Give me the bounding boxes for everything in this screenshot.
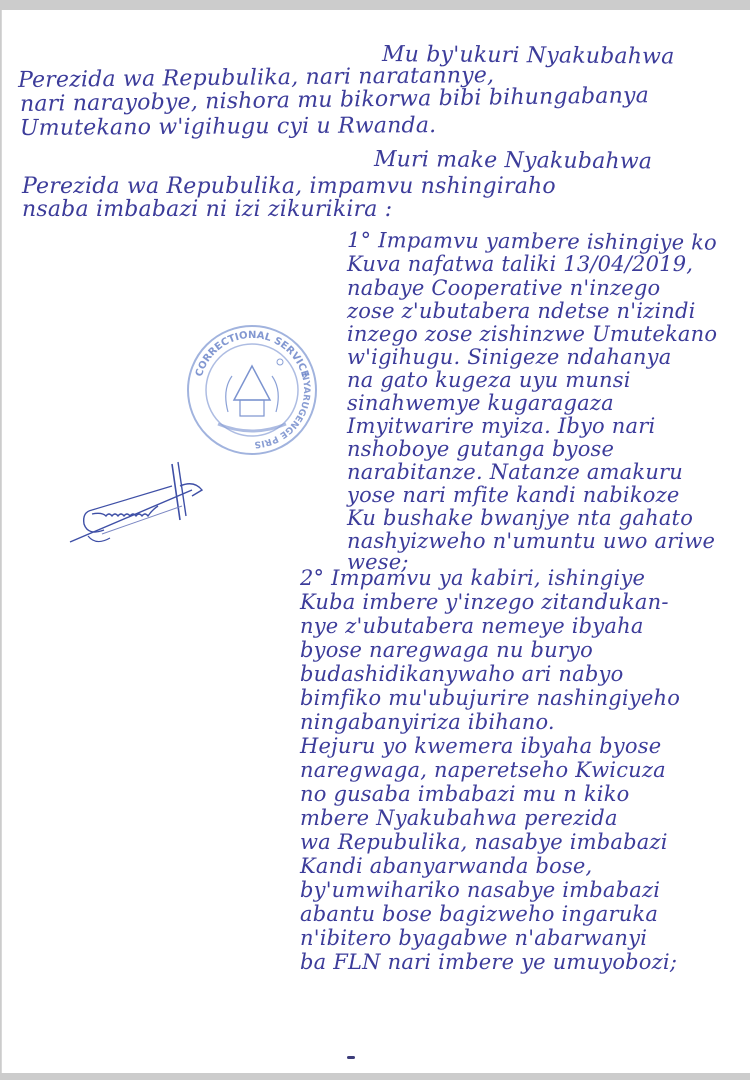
- point-2-line: Kuba imbere y'inzego zitandukan-: [300, 590, 669, 614]
- prison-seal-icon: CORRECTIONAL SERVICE NYARUGENGE PRISON: [182, 320, 322, 460]
- point-1-line: sinahwemye kugaragaza: [347, 391, 614, 415]
- intro2-line-1: Perezida wa Repubulika, impamvu nshingir…: [22, 174, 556, 199]
- point-1-line: Imyitwarire myiza. Ibyo nari: [347, 414, 655, 438]
- salutation-2: Muri make Nyakubahwa: [374, 147, 652, 174]
- ink-mark: [347, 1056, 355, 1059]
- point-2-line: abantu bose bagizweho ingaruka: [300, 902, 658, 926]
- point-2-line: ba FLN nari imbere ye umuyobozi;: [300, 950, 677, 974]
- point-2-line: Hejuru yo kwemera ibyaha byose: [300, 734, 661, 758]
- point-2-line: byose naregwaga nu buryo: [300, 638, 593, 662]
- point-1-line: nabaye Cooperative n'inzego: [347, 276, 660, 300]
- letter-page: Mu by'ukuri Nyakubahwa Perezida wa Repub…: [1, 10, 750, 1073]
- point-2-line: bimfiko mu'ubujurire nashingiyeho: [300, 686, 680, 710]
- point-1-line: Ku bushake bwanjye nta gahato: [347, 506, 693, 530]
- point-1-line: na gato kugeza uyu munsi: [347, 368, 631, 392]
- point-1-line: nshoboye gutanga byose: [347, 437, 614, 461]
- point-1-line: zose z'ubutabera ndetse n'izindi: [347, 299, 696, 323]
- point-1-line: yose nari mfite kandi nabikoze: [347, 483, 679, 507]
- point-2-line: naregwaga, naperetseho Kwicuza: [300, 758, 666, 782]
- point-2-line: mbere Nyakubahwa perezida: [300, 806, 618, 830]
- official-stamp: CORRECTIONAL SERVICE NYARUGENGE PRISON: [182, 320, 322, 460]
- point-2-line: budashidikanywaho ari nabyo: [300, 662, 623, 686]
- point-2-line: nye z'ubutabera nemeye ibyaha: [300, 614, 644, 638]
- point-2-line: 2° Impamvu ya kabiri, ishingiye: [300, 566, 645, 590]
- point-2-line: no gusaba imbabazi mu n kiko: [300, 782, 629, 806]
- point-2-line: by'umwihariko nasabye imbabazi: [300, 878, 660, 902]
- point-2-line: wa Repubulika, nasabye imbabazi: [300, 830, 668, 854]
- signature: [62, 450, 212, 550]
- point-1-line: 1° Impamvu yambere ishingiye ko: [347, 228, 717, 255]
- point-2-line: ningabanyiriza ibihano.: [300, 710, 555, 734]
- point-1-line: w'igihugu. Sinigeze ndahanya: [347, 345, 671, 369]
- signature-scribble-icon: [62, 450, 212, 550]
- intro-line-3: Umutekano w'igihugu cyi u Rwanda.: [20, 113, 436, 141]
- point-1-line: narabitanze. Natanze amakuru: [347, 460, 683, 484]
- intro2-line-2: nsaba imbabazi ni izi zikurikira :: [22, 197, 392, 222]
- svg-text:CORRECTIONAL SERVICE: CORRECTIONAL SERVICE: [194, 330, 310, 379]
- point-2-line: Kandi abanyarwanda bose,: [300, 854, 592, 878]
- point-2-line: n'ibitero byagabwe n'abarwanyi: [300, 926, 647, 950]
- point-1-line: Kuva nafatwa taliki 13/04/2019,: [347, 252, 693, 276]
- point-1-line: inzego zose zishinzwe Umutekano: [347, 322, 717, 346]
